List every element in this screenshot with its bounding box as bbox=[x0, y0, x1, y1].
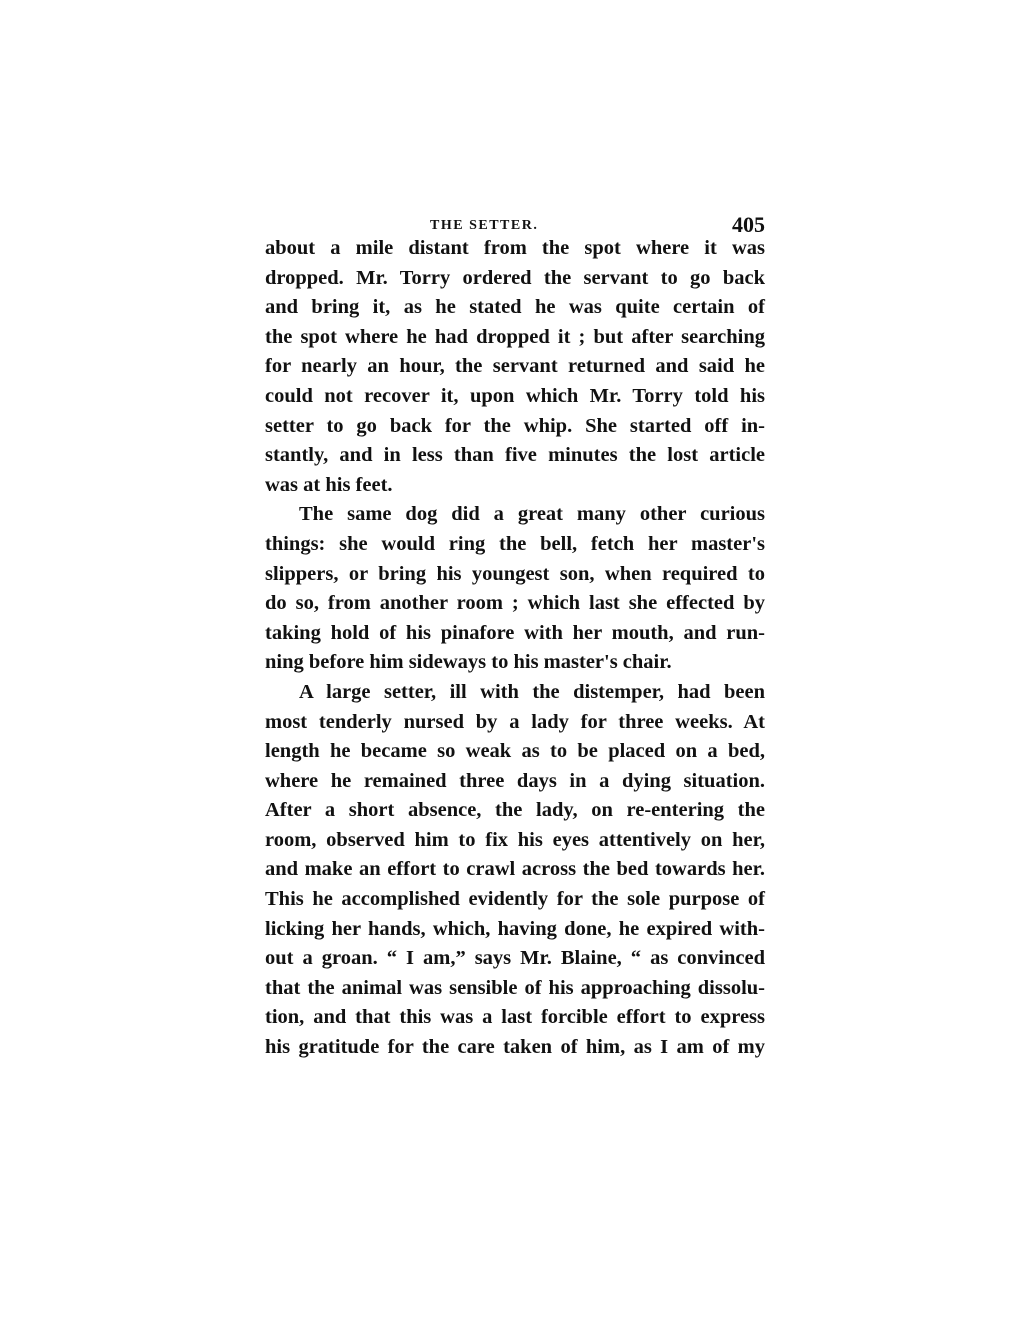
text-line: his gratitude for the care taken of him,… bbox=[265, 1033, 765, 1063]
text-line: slippers, or bring his youngest son, whe… bbox=[265, 560, 765, 590]
text-line: was at his feet. bbox=[265, 471, 765, 501]
text-line: tion, and that this was a last forcible … bbox=[265, 1003, 765, 1033]
text-line: and make an effort to crawl across the b… bbox=[265, 855, 765, 885]
text-line: After a short absence, the lady, on re-e… bbox=[265, 796, 765, 826]
text-line: stantly, and in less than five minutes t… bbox=[265, 441, 765, 471]
text-line: This he accomplished evidently for the s… bbox=[265, 885, 765, 915]
text-line: A large setter, ill with the distemper, … bbox=[265, 678, 765, 708]
text-line: and bring it, as he stated he was quite … bbox=[265, 293, 765, 323]
text-line: could not recover it, upon which Mr. Tor… bbox=[265, 382, 765, 412]
text-line: for nearly an hour, the servant returned… bbox=[265, 352, 765, 382]
text-line: the spot where he had dropped it ; but a… bbox=[265, 323, 765, 353]
paragraph: about a mile distant from the spot where… bbox=[265, 234, 765, 500]
text-line: that the animal was sensible of his appr… bbox=[265, 974, 765, 1004]
paragraph: A large setter, ill with the distemper, … bbox=[265, 678, 765, 1063]
text-line: about a mile distant from the spot where… bbox=[265, 234, 765, 264]
text-line: ning before him sideways to his master's… bbox=[265, 648, 765, 678]
text-line: licking her hands, which, having done, h… bbox=[265, 915, 765, 945]
text-line: most tenderly nursed by a lady for three… bbox=[265, 708, 765, 738]
paragraph: The same dog did a great many other curi… bbox=[265, 500, 765, 678]
text-line: The same dog did a great many other curi… bbox=[265, 500, 765, 530]
running-title: THE SETTER. bbox=[430, 218, 538, 234]
page-body: about a mile distant from the spot where… bbox=[265, 234, 765, 1063]
text-line: things: she would ring the bell, fetch h… bbox=[265, 530, 765, 560]
text-line: out a groan. “ I am,” says Mr. Blaine, “… bbox=[265, 944, 765, 974]
text-line: setter to go back for the whip. She star… bbox=[265, 412, 765, 442]
text-line: dropped. Mr. Torry ordered the servant t… bbox=[265, 264, 765, 294]
text-line: do so, from another room ; which last sh… bbox=[265, 589, 765, 619]
text-line: where he remained three days in a dying … bbox=[265, 767, 765, 797]
text-line: room, observed him to fix his eyes atten… bbox=[265, 826, 765, 856]
text-line: taking hold of his pinafore with her mou… bbox=[265, 619, 765, 649]
text-line: length he became so weak as to be placed… bbox=[265, 737, 765, 767]
